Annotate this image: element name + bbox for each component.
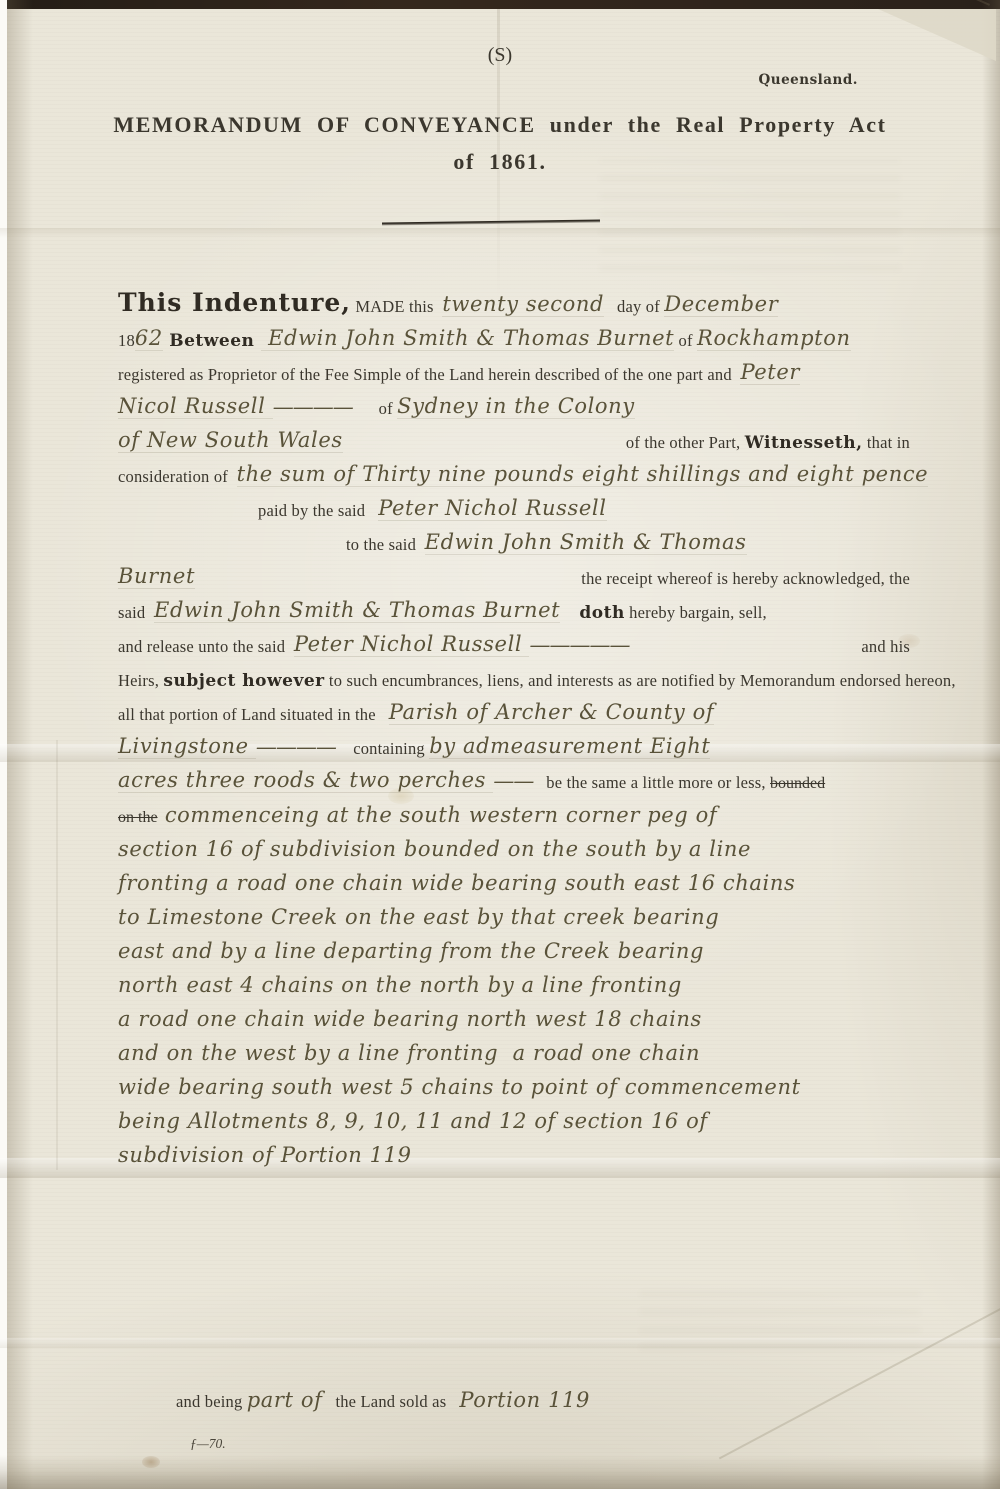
paper-edge-right-shadow [982,0,1000,1489]
handwritten-text: east and by a line departing from the Cr… [118,939,704,963]
paper-edge-bottom-shadow [0,1455,1000,1489]
print-text: containing [336,739,429,759]
blackletter-text: Between [163,331,261,351]
scan-edge-top [0,0,1000,9]
handwritten-text: subdivision of Portion 119 [118,1143,412,1167]
print-text: consideration of [118,467,237,487]
handwritten-text: the sum of Thirty nine pounds eight shil… [237,462,929,487]
document-line: to the said Edwin John Smith & Thomas [118,521,910,555]
handwritten-text: Livingstone [118,734,256,759]
struck-print-text: on the [118,809,158,827]
document-line: section 16 of subdivision bounded on the… [118,827,910,861]
document-line: of New South Walesof the other Part, Wit… [118,419,910,453]
blackletter-text: doth [560,603,625,623]
print-text: paid by the said [258,501,378,521]
print-text: and being [176,1392,247,1412]
blackletter-text: subject however [163,671,324,691]
page-mark: (S) [0,44,1000,67]
print-text: that in [863,433,910,453]
handwritten-text: by admeasurement Eight [429,734,710,759]
document-line: 1862 Between Edwin John Smith & Thomas B… [118,317,910,351]
handwritten-text: of New South Wales [118,428,343,453]
handwritten-text: Nicol Russell [118,394,273,419]
print-text: the receipt whereof is hereby acknowledg… [581,569,910,589]
document-line: a road one chain wide bearing north west… [118,997,910,1031]
document-line: Livingstone ———— containing by admeasure… [118,725,910,759]
struck-print-text: bounded [770,775,825,793]
handwritten-text: Portion 119 [459,1388,590,1412]
print-text: said [118,603,154,623]
handwritten-text: to Limestone Creek on the east by that c… [118,905,719,929]
handwritten-dash: ———— [273,395,353,419]
print-text: MADE this [351,297,442,317]
handwritten-text: acres three roods & two perches [118,768,493,793]
document-line: all that portion of Land situated in the… [118,691,910,725]
handwritten-text: Peter [740,360,800,385]
handwritten-text: part of [247,1388,323,1412]
form-number: ƒ—70. [190,1436,226,1452]
handwritten-text: a road one chain wide bearing north west… [118,1007,702,1031]
document-line: registered as Proprietor of the Fee Simp… [118,351,910,385]
document-line: to Limestone Creek on the east by that c… [118,895,910,929]
print-text: hereby bargain, sell, [625,603,767,623]
document-line: and on the west by a line fronting a roa… [118,1031,910,1065]
handwritten-text: section 16 of subdivision bounded on the… [118,837,751,861]
scanner-background-left [0,0,7,1489]
handwritten-text: Edwin John Smith & Thomas [425,530,747,555]
handwritten-text: 62 [135,326,163,351]
handwritten-text: Sydney in the Colony [397,394,635,419]
document-title: MEMORANDUM OF CONVEYANCE under the Real … [60,106,940,180]
handwritten-text: Peter Nichol Russell [378,496,606,521]
document-line: said Edwin John Smith & Thomas Burnet do… [118,589,910,623]
handwritten-text: wide bearing south west 5 chains to poin… [118,1075,801,1099]
document-line: consideration of the sum of Thirty nine … [118,453,910,487]
handwritten-dash: —— [493,769,533,793]
footer-line: and being part of the Land sold as Porti… [176,1388,590,1412]
handwritten-dash: ————— [529,633,629,657]
handwritten-text: Peter Nichol Russell [294,632,530,657]
document-line: east and by a line departing from the Cr… [118,929,910,963]
title-line-2: of 1861. [60,143,940,180]
print-text: and release unto the said [118,637,294,657]
print-text: to such encumbrances, liens, and interes… [325,671,956,691]
handwritten-dash: ———— [256,735,336,759]
handwritten-text: December [664,292,778,317]
document-line: being Allotments 8, 9, 10, 11 and 12 of … [118,1099,910,1133]
document-line: Burnetthe receipt whereof is hereby ackn… [118,555,910,589]
paper-edge-left-shadow [7,0,33,1489]
handwritten-text: fronting a road one chain wide bearing s… [118,871,795,895]
document-line: Heirs, subject however to such encumbran… [118,657,910,691]
print-text: day of [604,297,664,317]
print-text: 18 [118,331,135,351]
print-text: of [353,399,397,419]
document-line: acres three roods & two perches —— be th… [118,759,910,793]
handwritten-text: north east 4 chains on the north by a li… [118,973,682,997]
region-label: Queensland. [759,72,859,88]
blackletter-text: This Indenture, [118,288,351,317]
print-text: all that portion of Land situated in the [118,705,389,725]
document-line: This Indenture, MADE this twenty second … [118,283,910,317]
handwritten-text: Rockhampton [697,326,851,351]
print-text: registered as Proprietor of the Fee Simp… [118,365,740,385]
print-text: of the other Part, [626,433,745,453]
document-body: This Indenture, MADE this twenty second … [118,283,910,1167]
print-text: to the said [346,535,425,555]
document-line: subdivision of Portion 119 [118,1133,910,1167]
handwritten-text: and on the west by a line fronting a roa… [118,1041,700,1065]
print-text: the Land sold as [322,1392,459,1412]
print-text: Heirs, [118,671,163,691]
blackletter-text: Witnesseth, [745,433,863,453]
handwritten-text: commenceing at the south western corner … [158,803,718,827]
handwritten-text: Parish of Archer & County of [389,700,714,725]
handwritten-text: Edwin John Smith & Thomas Burnet [154,598,560,623]
document-line: on the commenceing at the south western … [118,793,910,827]
title-line-1: MEMORANDUM OF CONVEYANCE under the Real … [60,106,940,143]
handwritten-text: Edwin John Smith & Thomas Burnet [261,326,674,351]
document-line: and release unto the said Peter Nichol R… [118,623,910,657]
document-line: paid by the said Peter Nichol Russell [118,487,910,521]
print-text: be the same a little more or less, [533,773,770,793]
scanned-document: (S) Queensland. MEMORANDUM OF CONVEYANCE… [0,0,1000,1489]
document-line: wide bearing south west 5 chains to poin… [118,1065,910,1099]
document-line: north east 4 chains on the north by a li… [118,963,910,997]
handwritten-text: being Allotments 8, 9, 10, 11 and 12 of … [118,1109,708,1133]
print-text: and his [861,637,910,657]
handwritten-text: Burnet [118,564,195,589]
document-line: fronting a road one chain wide bearing s… [118,861,910,895]
print-text: of [674,331,697,351]
document-line: Nicol Russell ———— of Sydney in the Colo… [118,385,910,419]
handwritten-text: twenty second [442,292,604,317]
